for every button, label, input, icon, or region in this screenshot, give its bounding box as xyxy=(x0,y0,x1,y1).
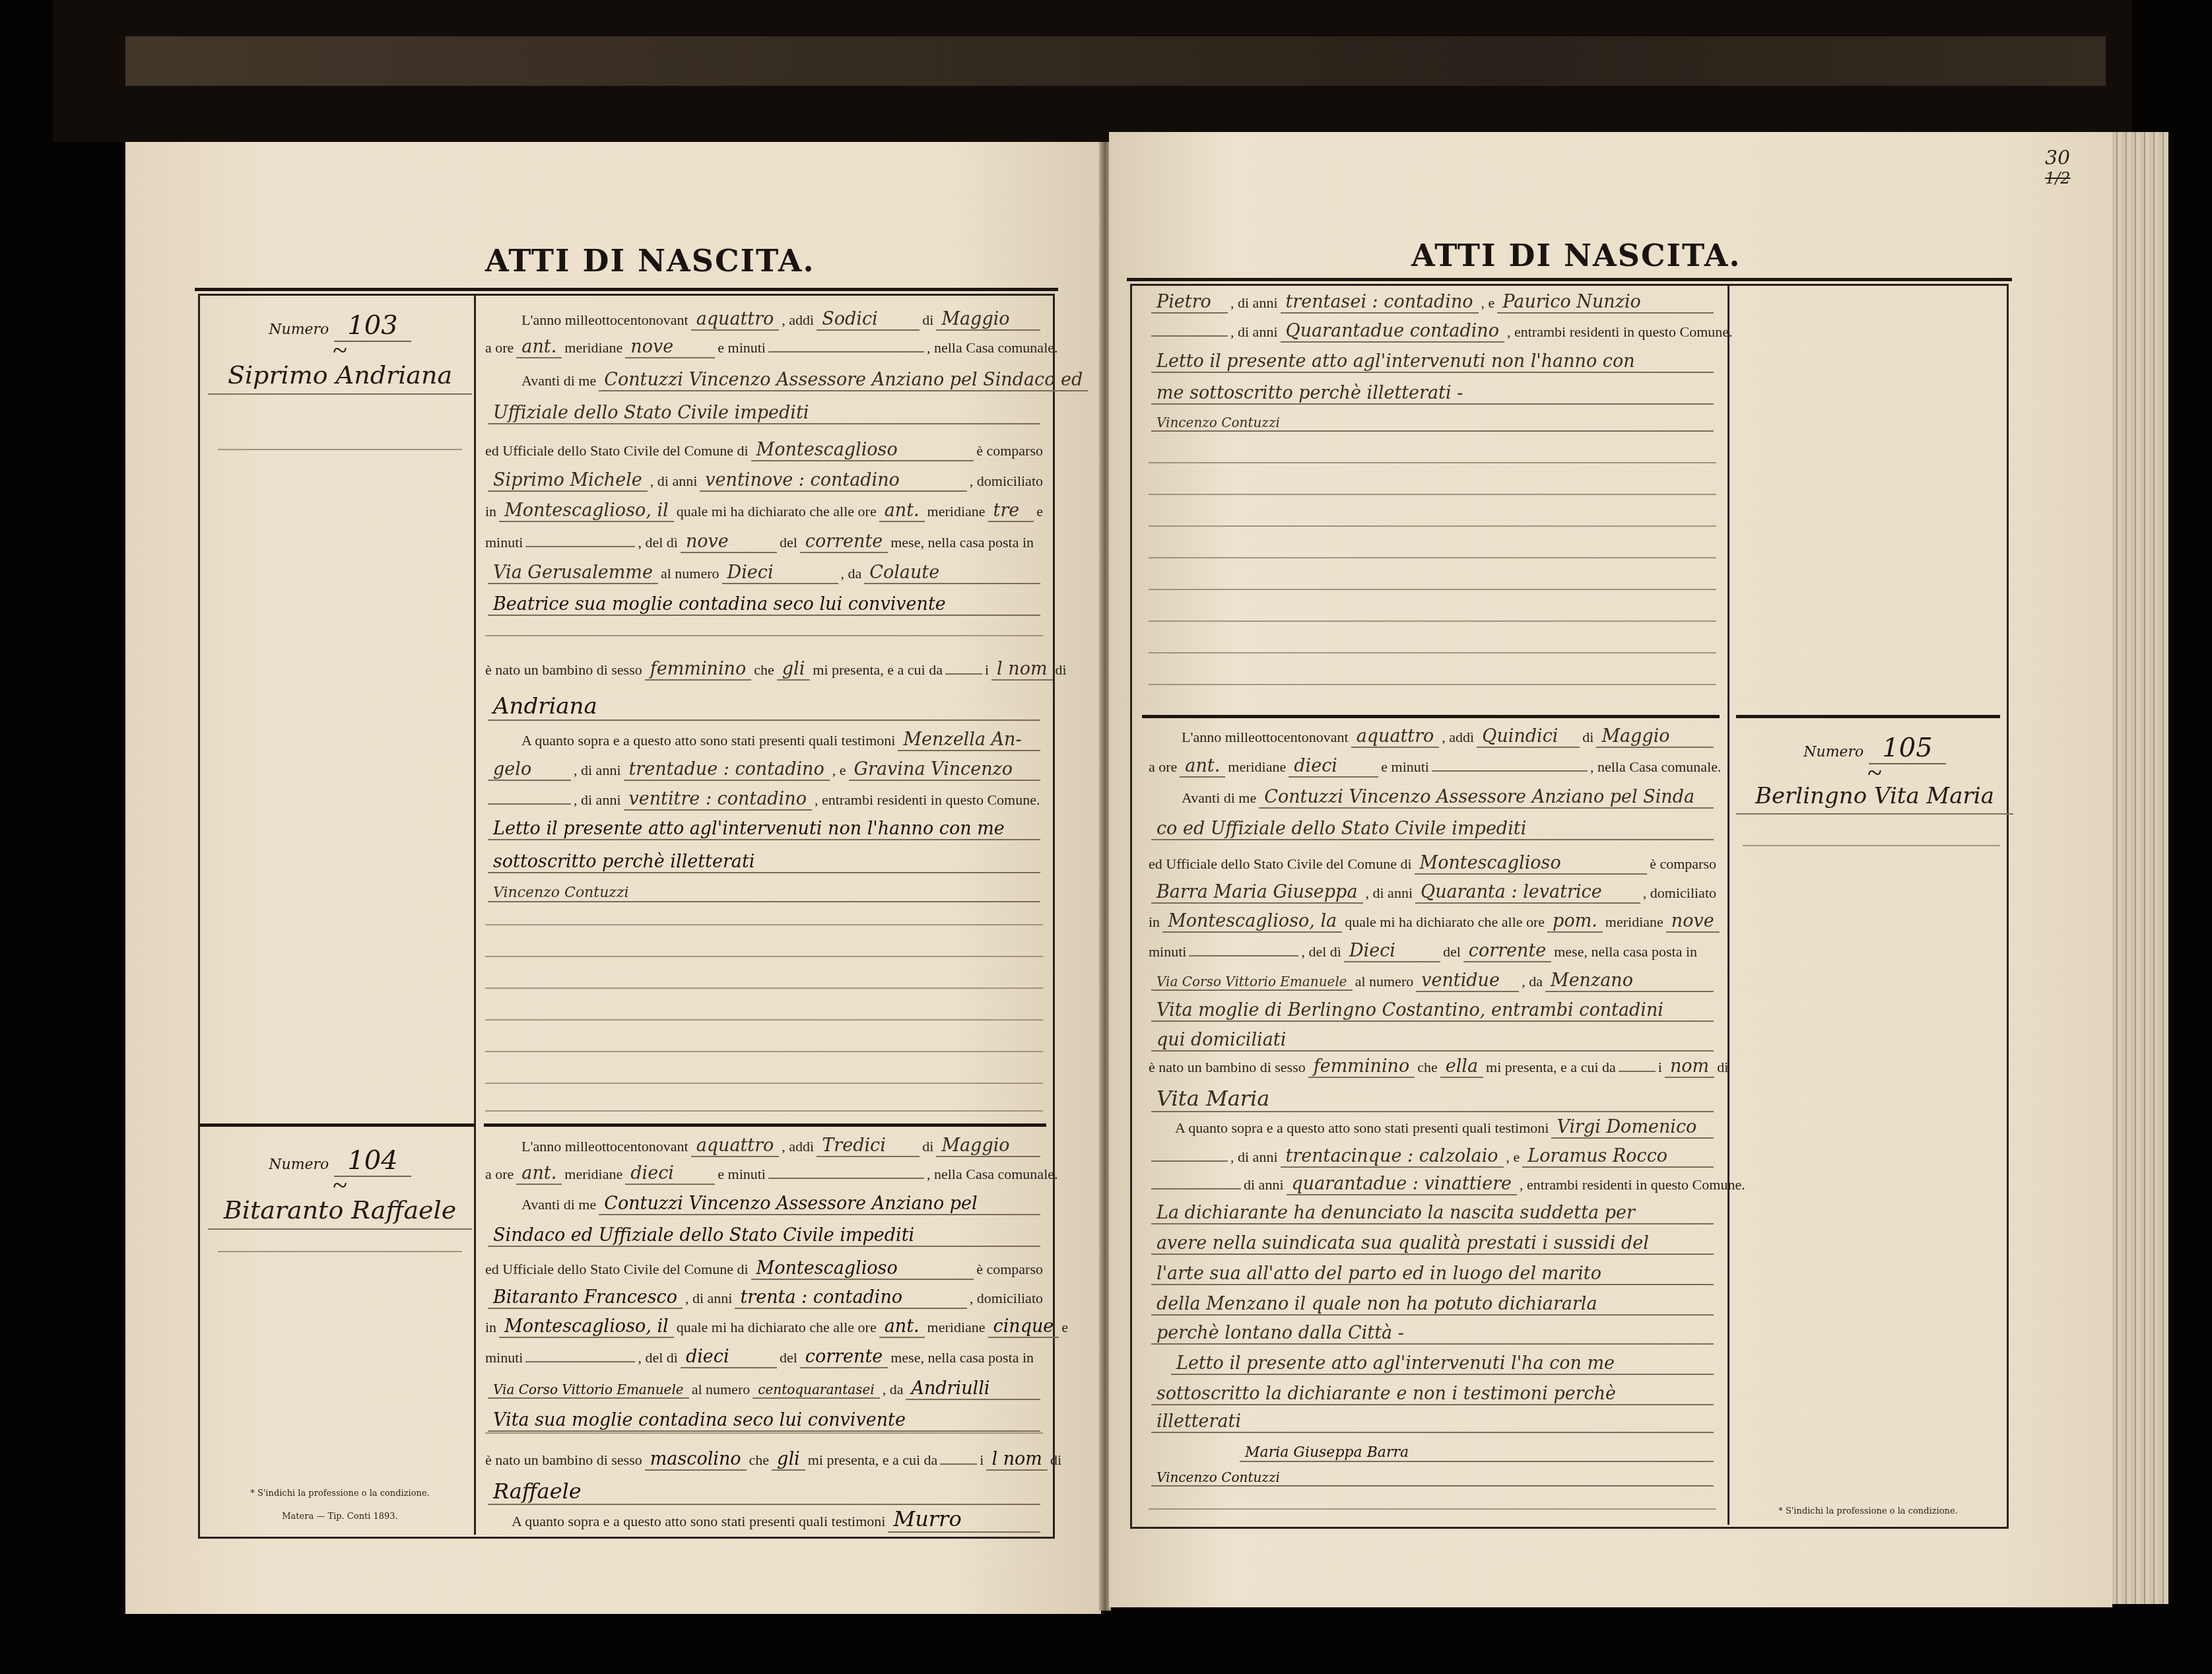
printer-imprint: Matera — Tip. Conti 1893. xyxy=(208,1512,472,1522)
line-officer: Avanti di me Contuzzi Vincenzo Assessore… xyxy=(521,1193,1043,1215)
handwritten-officer-cont: Uffiziale dello Stato Civile impediti xyxy=(488,403,1040,424)
printed-text: , nella Casa comunale. xyxy=(927,339,1058,356)
blank-rule xyxy=(485,924,1043,925)
officer-signature: Vincenzo Contuzzi xyxy=(488,885,1040,902)
handwritten-ampm: pom. xyxy=(1547,911,1603,933)
handwritten-minutes xyxy=(768,1178,924,1179)
line-reading: Letto il presente atto agl'intervenuti n… xyxy=(1149,351,1716,373)
printed-text: , e xyxy=(1506,1149,1520,1166)
margin-rule xyxy=(1743,845,2000,846)
handwritten-officer-cont: Sindaco ed Uffiziale dello Stato Civile … xyxy=(488,1225,1040,1247)
line-domicile: in Montescaglioso, il quale mi ha dichia… xyxy=(485,500,1043,522)
line-street: Via Corso Vittorio Emanuele al numero ve… xyxy=(1149,970,1716,992)
line-reading-cont: me sottoscritto perchè illetterati - xyxy=(1149,383,1716,405)
printed-text: del xyxy=(780,534,797,551)
handwritten-given-name: Raffaele xyxy=(488,1479,1040,1505)
printed-text: , del dì xyxy=(1301,943,1341,960)
line-given-name: Raffaele xyxy=(485,1479,1043,1505)
printed-text: mese, nella casa posta in xyxy=(1554,943,1697,960)
printed-text: A quanto sopra e a questo atto sono stat… xyxy=(1175,1120,1549,1137)
handwritten-year: aquattro xyxy=(691,309,780,331)
handwritten-house-number: ventidue xyxy=(1416,970,1519,992)
printed-text: i xyxy=(985,661,989,679)
printed-text: , nella Casa comunale. xyxy=(1590,758,1722,776)
blank-rule xyxy=(485,1432,1043,1434)
line-witnesses: A quanto sopra e a questo atto sono stat… xyxy=(521,729,1043,751)
handwritten-minutes xyxy=(1189,955,1298,956)
handwritten-ampm: ant. xyxy=(879,500,925,522)
printed-text: , di anni xyxy=(1230,323,1278,341)
line-witness-1-age: , di anni trentacinque : calzolaio , e L… xyxy=(1149,1146,1716,1168)
printed-text: A quanto sopra e a questo atto sono stat… xyxy=(512,1513,885,1530)
line-mother-cont: Vita sua moglie contadina seco lui convi… xyxy=(485,1410,1043,1432)
handwritten-witness-1: Virgi Domenico xyxy=(1551,1117,1714,1139)
printed-text: , del dì xyxy=(638,1349,678,1366)
printed-text: , e xyxy=(832,762,846,779)
line-declarant: Bitaranto Francesco , di anni trenta : c… xyxy=(485,1287,1043,1309)
handwritten-declarant: Barra Maria Giuseppa xyxy=(1151,882,1363,904)
line-witnesses: A quanto sopra e a questo atto sono stat… xyxy=(1175,1117,1716,1139)
right-page-header: ATTI DI NASCITA. xyxy=(1411,238,1741,273)
tilde-ornament: ~ xyxy=(208,341,472,360)
printed-text: , del dì xyxy=(638,534,678,551)
handwritten-month: corrente xyxy=(800,1347,888,1368)
line-witnesses: A quanto sopra e a questo atto sono stat… xyxy=(512,1506,1043,1533)
printed-text: a ore xyxy=(485,339,514,356)
printed-text: mese, nella casa posta in xyxy=(890,534,1034,551)
handwritten-minutes xyxy=(1432,770,1588,772)
line-mother-cont: Vita moglie di Berlingno Costantino, ent… xyxy=(1149,1000,1716,1022)
blank-rule xyxy=(1149,462,1716,463)
line-time: a ore ant. meridiane dieci e minuti , ne… xyxy=(485,1163,1043,1185)
handwritten-month: Maggio xyxy=(936,1135,1040,1157)
blank-rule xyxy=(485,1019,1043,1021)
line-officer-cont: Uffiziale dello Stato Civile impediti xyxy=(485,403,1043,424)
blank xyxy=(1151,335,1228,337)
printed-text: , da xyxy=(1522,973,1543,990)
handwritten-age: Quarantadue contadino xyxy=(1281,321,1504,343)
handwritten-age: Quaranta : levatrice xyxy=(1415,882,1640,904)
line-reading: Letto il presente atto agl'intervenuti n… xyxy=(485,819,1043,840)
handwritten-age: quarantadue : vinattiere xyxy=(1287,1174,1518,1195)
printed-text: , di anni xyxy=(1230,294,1278,312)
handwritten-hour: cinque xyxy=(988,1316,1059,1338)
printed-text: meridiane xyxy=(927,503,986,520)
handwritten-note: sottoscritto la dichiarante e non i test… xyxy=(1151,1384,1714,1405)
printed-text: Avanti di me xyxy=(1182,789,1256,807)
printed-text: , nella Casa comunale. xyxy=(927,1166,1058,1183)
handwritten-pronoun: ella xyxy=(1440,1056,1483,1078)
numero-label: Numero xyxy=(269,321,329,338)
line-declarant: Siprimo Michele , di anni ventinove : co… xyxy=(485,470,1043,492)
margin-rule xyxy=(218,449,462,450)
entry-104-margin: Numero104 ~ Bitaranto Raffaele xyxy=(208,1145,472,1230)
handwritten-street: Via Corso Vittorio Emanuele xyxy=(488,1382,689,1399)
handwritten-mother: Menzano xyxy=(1545,970,1714,992)
printed-text: mi presenta, e a cui da xyxy=(813,661,943,679)
handwritten-given-name: Vita Maria xyxy=(1151,1086,1714,1112)
printed-text: , entrambi residenti in questo Comune. xyxy=(1520,1176,1745,1193)
line-witness-1-age: Pietro , di anni trentasei : contadino ,… xyxy=(1149,292,1716,314)
printed-text: è comparso xyxy=(976,1261,1043,1278)
handwritten-note: della Menzano il quale non ha potuto dic… xyxy=(1151,1294,1714,1316)
page-number-struck: 1/2 xyxy=(2045,168,2071,188)
note-line: della Menzano il quale non ha potuto dic… xyxy=(1149,1294,1716,1316)
printed-text: e minuti xyxy=(718,1166,766,1183)
line-year-date: L'anno milleottocentonovant aquattro , a… xyxy=(1182,726,1716,748)
printed-text: che xyxy=(1417,1059,1438,1076)
printed-text: , addì xyxy=(782,312,814,329)
line-reading-cont: sottoscritto perchè illetterati xyxy=(485,852,1043,873)
line-officer-cont: Sindaco ed Uffiziale dello Stato Civile … xyxy=(485,1225,1043,1247)
printed-text: a ore xyxy=(1149,758,1177,776)
handwritten-witness-2: Loramus Rocco xyxy=(1522,1146,1714,1168)
printed-text: , di anni xyxy=(650,473,698,490)
handwritten-place: Montescaglioso, il xyxy=(499,1316,674,1338)
printed-text: , addì xyxy=(1442,729,1474,746)
handwritten-nome: l nom xyxy=(991,659,1052,681)
handwritten-witness-2: Gravina Vincenzo xyxy=(849,759,1040,781)
handwritten-hour: dieci xyxy=(1289,756,1378,778)
handwritten-age: trentacinque : calzolaio xyxy=(1281,1146,1504,1168)
handwritten-mother: Colaute xyxy=(864,562,1040,584)
handwritten-note: perchè lontano dalla Città - xyxy=(1151,1323,1714,1345)
blank-rule xyxy=(1149,525,1716,527)
blank xyxy=(1151,1160,1228,1162)
child-name-margin: Bitaranto Raffaele xyxy=(208,1195,472,1230)
printed-text: L'anno milleottocentonovant xyxy=(521,1138,688,1155)
film-strip xyxy=(125,36,2106,86)
handwritten-age: ventitre : contadino xyxy=(624,789,812,811)
handwritten-minutes xyxy=(768,351,924,352)
handwritten-month: Maggio xyxy=(1596,726,1714,748)
line-witness-2-age: , di anni Quarantadue contadino , entram… xyxy=(1149,321,1716,343)
page-number-value: 30 xyxy=(2045,149,2071,168)
printed-text: ed Ufficiale dello Stato Civile del Comu… xyxy=(485,1261,749,1278)
entry-105-margin: Numero105 ~ Berlingno Vita Maria xyxy=(1736,733,2013,815)
numero-label: Numero xyxy=(1803,744,1863,760)
printed-text: meridiane xyxy=(1605,914,1663,931)
handwritten-minutes xyxy=(525,546,635,547)
handwritten-witness-2: Paurico Nunzio xyxy=(1497,292,1714,314)
printed-text: , domiciliato xyxy=(1643,885,1716,902)
child-name-margin: Siprimo Andriana xyxy=(208,360,472,395)
printed-text: minuti xyxy=(485,534,523,551)
printed-text: del xyxy=(780,1349,797,1366)
line-sex-name: è nato un bambino di sesso mascolino che… xyxy=(485,1449,1043,1471)
printed-text: ed Ufficiale dello Stato Civile del Comu… xyxy=(1149,855,1412,873)
blank-rule xyxy=(1149,620,1716,622)
printed-text: in xyxy=(1149,914,1160,931)
handwritten-officer: Contuzzi Vincenzo Assessore Anziano pel … xyxy=(1259,787,1714,809)
line-declarant: Barra Maria Giuseppa , di anni Quaranta … xyxy=(1149,882,1716,904)
child-name-margin: Berlingno Vita Maria xyxy=(1736,783,2013,815)
note-line: sottoscritto la dichiarante e non i test… xyxy=(1149,1384,1716,1405)
handwritten-house-number: centoquarantasei xyxy=(753,1382,879,1399)
printed-text: è nato un bambino di sesso xyxy=(485,1452,642,1469)
left-page-header: ATTI DI NASCITA. xyxy=(485,243,815,279)
right-footnote: * S'indichi la professione o la condizio… xyxy=(1736,1506,2000,1516)
handwritten-nome: l nom xyxy=(986,1449,1047,1471)
blank xyxy=(1619,1071,1656,1072)
note-line: Letto il presente atto agl'intervenuti l… xyxy=(1168,1353,1716,1375)
line-comune: ed Ufficiale dello Stato Civile del Comu… xyxy=(485,1258,1043,1280)
left-column-divider xyxy=(474,294,476,1535)
printed-text: è comparso xyxy=(1650,855,1716,873)
handwritten-month: Maggio xyxy=(936,309,1040,331)
handwritten-note: avere nella suindicata sua qualità prest… xyxy=(1151,1233,1714,1255)
printed-text: quale mi ha dichiarato che alle ore xyxy=(677,1319,877,1336)
handwritten-year: aquattro xyxy=(1351,726,1440,748)
printed-text: , di anni xyxy=(685,1290,733,1307)
line-officer: Avanti di me Contuzzi Vincenzo Assessore… xyxy=(1182,787,1716,809)
handwritten-day: Dieci xyxy=(1344,941,1440,962)
handwritten-sex: femminino xyxy=(645,659,751,681)
handwritten-witness-1: Murro xyxy=(888,1506,1040,1533)
handwritten-day: dieci xyxy=(681,1347,777,1368)
handwritten-ampm: ant. xyxy=(516,1163,562,1185)
blank xyxy=(1151,1188,1241,1189)
printed-text: mi presenta, e a cui da xyxy=(808,1452,938,1469)
printed-text: di xyxy=(922,1138,933,1155)
printed-text: a ore xyxy=(485,1166,514,1183)
printed-text: che xyxy=(749,1452,770,1469)
handwritten-hour: nove xyxy=(1666,911,1720,933)
handwritten-note: me sottoscritto perchè illetterati - xyxy=(1151,383,1714,405)
printed-text: , di anni xyxy=(574,762,621,779)
blank xyxy=(945,673,982,675)
handwritten-house-number: Dieci xyxy=(722,562,838,584)
blank xyxy=(488,803,571,805)
line-witness-2-age: di anni quarantadue : vinattiere , entra… xyxy=(1149,1174,1716,1195)
handwritten-nome: nom xyxy=(1665,1056,1714,1078)
entry-separator-104 xyxy=(484,1123,1046,1127)
printed-text: , da xyxy=(883,1381,904,1398)
handwritten-declarant: Siprimo Michele xyxy=(488,470,648,492)
handwritten-note: l'arte sua all'atto del parto ed in luog… xyxy=(1151,1263,1714,1285)
line-year-date: L'anno milleottocentonovant aquattro , a… xyxy=(521,309,1043,331)
left-margin-separator xyxy=(200,1123,474,1127)
line-year-date: L'anno milleottocentonovant aquattro , a… xyxy=(521,1135,1043,1157)
tilde-ornament: ~ xyxy=(1736,763,2013,783)
printed-text: meridiane xyxy=(927,1319,986,1336)
handwritten-note: La dichiarante ha denunciato la nascita … xyxy=(1151,1203,1714,1224)
printed-text: , da xyxy=(841,565,862,582)
note-line: La dichiarante ha denunciato la nascita … xyxy=(1149,1203,1716,1224)
line-domicile: in Montescaglioso, la quale mi ha dichia… xyxy=(1149,911,1716,933)
handwritten-mother: Andriulli xyxy=(906,1378,1040,1400)
handwritten-comune: Montescaglioso xyxy=(751,440,974,461)
printed-text: i xyxy=(980,1452,984,1469)
printed-text: mese, nella casa posta in xyxy=(890,1349,1034,1366)
printed-text: A quanto sopra e a questo atto sono stat… xyxy=(521,732,895,749)
handwritten-year: aquattro xyxy=(691,1135,780,1157)
blank-rule xyxy=(485,988,1043,989)
blank-rule xyxy=(485,635,1043,636)
tilde-ornament: ~ xyxy=(208,1176,472,1195)
handwritten-street: Via Gerusalemme xyxy=(488,562,658,584)
printed-text: , di anni xyxy=(1230,1149,1278,1166)
handwritten-day: Sodici xyxy=(817,309,920,331)
handwritten-witness-1-cont: gelo xyxy=(488,759,571,781)
handwritten-declarant: Bitaranto Francesco xyxy=(488,1287,683,1309)
handwritten-comune: Montescaglioso xyxy=(751,1258,974,1280)
handwritten-place: Montescaglioso, la xyxy=(1162,911,1342,933)
handwritten-mother-cont: Beatrice sua moglie contadina seco lui c… xyxy=(488,594,1040,616)
handwritten-day: nove xyxy=(681,531,777,553)
handwritten-sex: femminino xyxy=(1308,1056,1415,1078)
printed-text: , domiciliato xyxy=(970,473,1043,490)
line-sex-name: è nato un bambino di sesso femminino che… xyxy=(485,659,1043,681)
printed-text: al numero xyxy=(661,565,720,582)
handwritten-age: ventinove : contadino xyxy=(700,470,967,492)
line-officer-cont: co ed Uffiziale dello Stato Civile imped… xyxy=(1149,819,1716,840)
printed-text: L'anno milleottocentonovant xyxy=(1182,729,1349,746)
line-witness-2-age: , di anni ventitre : contadino , entramb… xyxy=(485,789,1043,811)
left-footnote: * S'indichi la professione o la condizio… xyxy=(208,1489,472,1498)
printed-text: di xyxy=(1582,729,1593,746)
printed-text: al numero xyxy=(1355,973,1414,990)
line-birth-day: minuti , del dì nove del corrente mese, … xyxy=(485,531,1043,553)
handwritten-comune: Montescaglioso xyxy=(1415,853,1648,875)
handwritten-street: Via Corso Vittorio Emanuele xyxy=(1151,974,1353,991)
line-witness-1-age: gelo , di anni trentadue : contadino , e… xyxy=(485,759,1043,781)
page-edges xyxy=(2112,132,2168,1604)
printed-text: quale mi ha dichiarato che alle ore xyxy=(677,503,877,520)
line-comune: ed Ufficiale dello Stato Civile del Comu… xyxy=(485,440,1043,461)
printed-text: Avanti di me xyxy=(521,1196,596,1213)
printed-text: Avanti di me xyxy=(521,372,596,389)
handwritten-pronoun: gli xyxy=(777,659,811,681)
handwritten-minutes xyxy=(525,1361,635,1362)
line-comune: ed Ufficiale dello Stato Civile del Comu… xyxy=(1149,853,1716,875)
blank-rule xyxy=(1149,589,1716,590)
note-line: l'arte sua all'atto del parto ed in luog… xyxy=(1149,1263,1716,1285)
handwritten-given-name: Andriana xyxy=(488,693,1040,721)
entry-103-margin: Numero103 ~ Siprimo Andriana xyxy=(208,310,472,395)
handwritten-month: corrente xyxy=(1463,941,1551,962)
line-mother-cont: Beatrice sua moglie contadina seco lui c… xyxy=(485,594,1043,616)
handwritten-age: trenta : contadino xyxy=(735,1287,966,1309)
line-signature: Vincenzo Contuzzi xyxy=(1149,415,1716,432)
printed-text: minuti xyxy=(1149,943,1186,960)
printed-text: meridiane xyxy=(564,339,622,356)
handwritten-mother-cont: Vita moglie di Berlingno Costantino, ent… xyxy=(1151,1000,1714,1022)
line-street: Via Corso Vittorio Emanuele al numero ce… xyxy=(485,1378,1043,1400)
line-birth-day: minuti , del dì dieci del corrente mese,… xyxy=(485,1347,1043,1368)
handwritten-mother-cont: qui domiciliati xyxy=(1151,1030,1714,1052)
printed-text: in xyxy=(485,1319,496,1336)
handwritten-witness-1: Menzella An- xyxy=(898,729,1040,751)
printed-text: , addì xyxy=(782,1138,814,1155)
line-birth-day: minuti , del dì Dieci del corrente mese,… xyxy=(1149,941,1716,962)
handwritten-officer: Contuzzi Vincenzo Assessore Anziano pel xyxy=(599,1193,1040,1215)
printed-text: di anni xyxy=(1244,1176,1284,1193)
blank-rule xyxy=(1149,557,1716,558)
line-given-name: Andriana xyxy=(485,693,1043,721)
handwritten-day: Quindici xyxy=(1477,726,1580,748)
handwritten-ampm: ant. xyxy=(879,1316,925,1338)
printed-text: minuti xyxy=(485,1349,523,1366)
handwritten-note: Letto il presente atto agl'intervenuti l… xyxy=(1171,1353,1714,1375)
officer-signature: Vincenzo Contuzzi xyxy=(1151,415,1714,432)
printed-text: e xyxy=(1061,1319,1068,1336)
handwritten-officer-cont: co ed Uffiziale dello Stato Civile imped… xyxy=(1151,819,1714,840)
handwritten-ampm: ant. xyxy=(516,337,562,358)
blank-rule xyxy=(485,956,1043,957)
line-street: Via Gerusalemme al numero Dieci , da Col… xyxy=(485,562,1043,584)
handwritten-sex: mascolino xyxy=(645,1449,747,1471)
note-line: illetterati xyxy=(1149,1411,1716,1433)
printed-text: è nato un bambino di sesso xyxy=(1149,1059,1306,1076)
printed-text: , entrambi residenti in questo Comune. xyxy=(1507,323,1733,341)
printed-text: del xyxy=(1443,943,1461,960)
line-signature: Vincenzo Contuzzi xyxy=(485,885,1043,902)
handwritten-hour: tre xyxy=(988,500,1034,522)
printed-text: i xyxy=(1658,1059,1662,1076)
entry-separator-105 xyxy=(1142,715,1720,718)
blank-rule xyxy=(1149,652,1716,653)
printed-text: , di anni xyxy=(574,791,621,809)
printed-text: in xyxy=(485,503,496,520)
handwritten-age: trentadue : contadino xyxy=(624,759,830,781)
printed-text: meridiane xyxy=(1228,758,1286,776)
right-column-divider xyxy=(1727,284,1729,1525)
printed-text: di xyxy=(1050,1452,1061,1469)
handwritten-place: Montescaglioso, il xyxy=(499,500,674,522)
officer-signature-line: Vincenzo Contuzzi xyxy=(1149,1469,1716,1487)
printed-text: L'anno milleottocentonovant xyxy=(521,312,688,329)
printed-text: di xyxy=(1717,1059,1728,1076)
printed-text: di xyxy=(922,312,933,329)
handwritten-hour: nove xyxy=(625,337,715,358)
handwritten-month: corrente xyxy=(800,531,888,553)
printed-text: di xyxy=(1056,661,1067,679)
handwritten-age: trentasei : contadino xyxy=(1281,292,1479,314)
printed-text: che xyxy=(754,661,774,679)
printed-text: mi presenta, e a cui da xyxy=(1486,1059,1616,1076)
printed-text: quale mi ha dichiarato che alle ore xyxy=(1345,914,1545,931)
blank-rule xyxy=(485,1083,1043,1084)
handwritten-note: sottoscritto perchè illetterati xyxy=(488,852,1040,873)
line-officer: Avanti di me Contuzzi Vincenzo Assessore… xyxy=(521,370,1043,391)
printed-text: meridiane xyxy=(564,1166,622,1183)
handwritten-mother-cont: Vita sua moglie contadina seco lui convi… xyxy=(488,1410,1040,1432)
declarant-signature-line: Maria Giuseppa Barra xyxy=(1149,1444,1716,1462)
line-mother-cont-2: qui domiciliati xyxy=(1149,1030,1716,1052)
declarant-signature: Maria Giuseppa Barra xyxy=(1240,1444,1714,1462)
printed-text: , entrambi residenti in questo Comune. xyxy=(815,791,1040,809)
blank-rule xyxy=(1149,1508,1716,1510)
numero-label: Numero xyxy=(269,1156,329,1173)
handwritten-pronoun: gli xyxy=(772,1449,805,1471)
line-domicile: in Montescaglioso, il quale mi ha dichia… xyxy=(485,1316,1043,1338)
printed-text: e minuti xyxy=(1381,758,1429,776)
handwritten-officer: Contuzzi Vincenzo Assessore Anziano pel … xyxy=(599,370,1088,391)
line-time: a ore ant. meridiane nove e minuti , nel… xyxy=(485,337,1043,358)
handwritten-witness-1-cont: Pietro xyxy=(1151,292,1228,314)
handwritten-day: Tredici xyxy=(817,1135,920,1157)
note-line: avere nella suindicata sua qualità prest… xyxy=(1149,1233,1716,1255)
printed-text: , e xyxy=(1481,294,1495,312)
handwritten-hour: dieci xyxy=(625,1163,715,1185)
handwritten-note: illetterati xyxy=(1151,1411,1714,1433)
blank xyxy=(940,1463,977,1465)
page-number: 30 1/2 xyxy=(2045,149,2071,188)
line-given-name: Vita Maria xyxy=(1149,1086,1716,1112)
printed-text: , domiciliato xyxy=(970,1290,1043,1307)
note-line: perchè lontano dalla Città - xyxy=(1149,1323,1716,1345)
